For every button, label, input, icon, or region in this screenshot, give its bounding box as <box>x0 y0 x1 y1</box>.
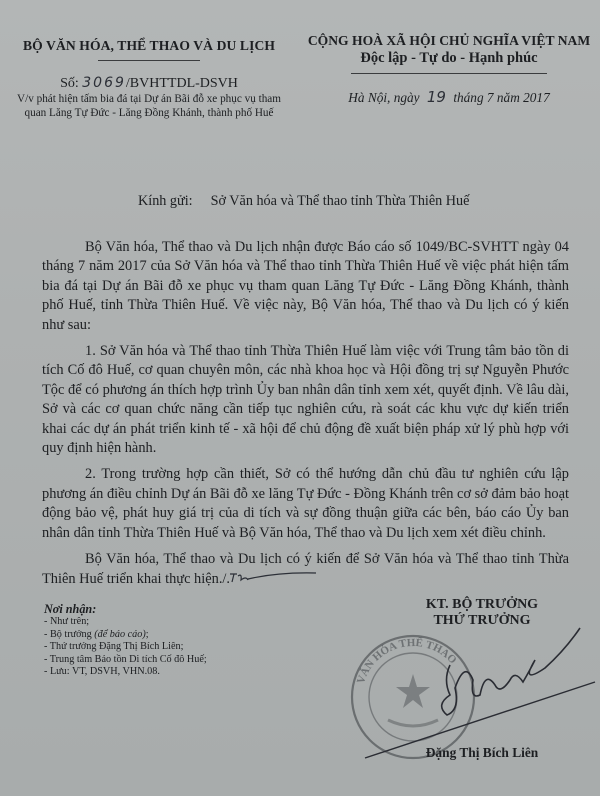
document-subject: V/v phát hiện tấm bia đá tại Dự án Bãi đ… <box>8 93 290 120</box>
addressee-line: Kính gửi:Sở Văn hóa và Thể thao tỉnh Thừ… <box>138 193 469 210</box>
ministry-name: BỘ VĂN HÓA, THỂ THAO VÀ DU LỊCH <box>8 38 290 54</box>
initial-scribble-icon <box>230 572 270 586</box>
addressee-name: Sở Văn hóa và Thể thao tỉnh Thừa Thiên H… <box>211 193 470 209</box>
place-and-date: Hà Nội, ngày 19 tháng 7 năm 2017 <box>300 88 598 106</box>
document-number: Số: 3069/BVHTTDL-DSVH <box>8 75 290 92</box>
issuing-authority-block: BỘ VĂN HÓA, THỂ THAO VÀ DU LỊCH Số: 3069… <box>8 38 290 120</box>
distribution-item: - Lưu: VT, DSVH, VHN.08. <box>44 666 207 678</box>
distribution-item: - Bộ trưởng (để báo cáo); <box>44 629 207 641</box>
intro-paragraph: Bộ Văn hóa, Thể thao và Du lịch nhận đượ… <box>42 238 569 335</box>
addressee-label: Kính gửi: <box>138 193 193 209</box>
motto-underline <box>351 73 547 74</box>
point-1-paragraph: 1. Sở Văn hóa và Thể thao tỉnh Thừa Thiê… <box>42 342 569 458</box>
distribution-list: Nơi nhận: - Như trên; - Bộ trưởng (để bá… <box>44 603 207 678</box>
handwritten-day: 19 <box>423 88 450 106</box>
letter-body: Bộ Văn hóa, Thể thao và Du lịch nhận đượ… <box>42 238 569 596</box>
header-underline <box>98 60 200 61</box>
distribution-title: Nơi nhận: <box>44 603 207 615</box>
national-header-block: CỘNG HOÀ XÃ HỘI CHỦ NGHĨA VIỆT NAM Độc l… <box>300 33 598 106</box>
signer-name: Đặng Thị Bích Liên <box>382 745 582 761</box>
point-2-paragraph: 2. Trong trường hợp cần thiết, Sở có thể… <box>42 465 569 543</box>
distribution-item: - Như trên; <box>44 616 207 628</box>
handwritten-signature-icon <box>355 610 600 760</box>
national-motto: Độc lập - Tự do - Hạnh phúc <box>300 50 598 67</box>
document-page: BỘ VĂN HÓA, THỂ THAO VÀ DU LỊCH Số: 3069… <box>0 0 600 796</box>
distribution-item: - Thứ trưởng Đặng Thị Bích Liên; <box>44 641 207 653</box>
national-title: CỘNG HOÀ XÃ HỘI CHỦ NGHĨA VIỆT NAM <box>300 33 598 49</box>
distribution-item: - Trung tâm Bảo tồn Di tích Cố đô Huế; <box>44 654 207 666</box>
closing-paragraph: Bộ Văn hóa, Thể thao và Du lịch có ý kiế… <box>42 550 569 589</box>
handwritten-number: 3069 <box>82 75 126 91</box>
